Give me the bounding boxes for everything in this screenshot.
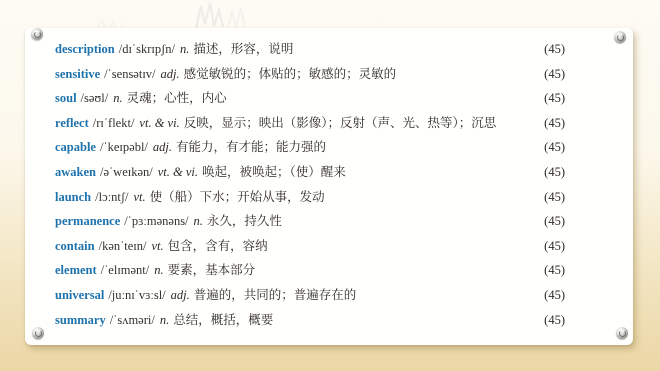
vocab-meaning: 描述，形容，说明 (193, 42, 293, 56)
vocab-entry: universal/juːnɪˈvɜːsl/adj.普遍的，共同的；普遍存在的 (55, 285, 356, 303)
vocab-row: contain/kənˈteɪn/vt.包含，含有，容纳 (45) (55, 236, 565, 261)
vocab-row: reflect/rɪˈflekt/vt. & vi.反映，显示；映出（影像）；反… (55, 113, 565, 138)
vocab-pos: n. (154, 263, 163, 277)
vocab-pos: adj. (161, 67, 180, 81)
vocab-entry: permanence/ˈpɜːmənəns/n.永久，持久性 (55, 211, 282, 229)
vocab-word: description (55, 42, 115, 56)
vocab-word: reflect (55, 116, 89, 130)
vocab-word: permanence (55, 214, 120, 228)
vocab-entry: reflect/rɪˈflekt/vt. & vi.反映，显示；映出（影像）；反… (55, 113, 496, 131)
vocab-meaning: 唤起，被唤起；（使）醒来 (202, 165, 346, 179)
page-ref: (45) (536, 214, 565, 229)
vocab-phonetic: /dɪˈskrɪpʃn/ (119, 42, 175, 56)
vocab-phonetic: /juːnɪˈvɜːsl/ (108, 288, 165, 302)
vocab-pos: adj. (153, 140, 172, 154)
vocab-pos: n. (160, 313, 169, 327)
page-ref: (45) (536, 42, 565, 57)
vocab-phonetic: /səʊl/ (81, 91, 109, 105)
vocab-phonetic: /əˈweɪkən/ (100, 165, 153, 179)
vocab-word: awaken (55, 165, 96, 179)
vocab-meaning: 感觉敏锐的；体贴的；敏感的；灵敏的 (184, 67, 397, 81)
vocab-word: capable (55, 140, 96, 154)
vocab-entry: summary/ˈsʌməri/n.总结，概括，概要 (55, 310, 273, 328)
page-ref: (45) (536, 140, 565, 155)
vocab-word: universal (55, 288, 104, 302)
vocab-phonetic: /ˈelɪmənt/ (101, 263, 150, 277)
vocab-pos: n. (113, 91, 122, 105)
vocab-meaning: 要素，基本部分 (168, 263, 256, 277)
page-ref: (45) (536, 165, 565, 180)
vocab-pos: n. (194, 214, 203, 228)
page-ref: (45) (536, 67, 565, 82)
vocab-row: soul/səʊl/n.灵魂；心性，内心 (45) (55, 88, 565, 113)
vocab-word: contain (55, 239, 95, 253)
vocab-meaning: 反映，显示；映出（影像）；反射（声、光、热等）；沉思 (184, 116, 497, 130)
vocab-pos: vt. (152, 239, 164, 253)
page-ref: (45) (536, 116, 565, 131)
vocab-phonetic: /ˈsensətɪv/ (104, 67, 155, 81)
vocab-row: universal/juːnɪˈvɜːsl/adj.普遍的，共同的；普遍存在的 … (55, 285, 565, 310)
corner-screw-icon (616, 327, 628, 339)
corner-screw-icon (614, 31, 626, 43)
page-ref: (45) (536, 313, 565, 328)
vocab-meaning: 普遍的，共同的；普遍存在的 (194, 288, 357, 302)
vocab-row: permanence/ˈpɜːmənəns/n.永久，持久性 (45) (55, 211, 565, 236)
vocab-entry: sensitive/ˈsensətɪv/adj.感觉敏锐的；体贴的；敏感的；灵敏… (55, 64, 396, 82)
vocab-entry: awaken/əˈweɪkən/vt. & vi.唤起，被唤起；（使）醒来 (55, 162, 346, 180)
vocab-entry: launch/lɔːntʃ/vt.使（船）下水；开始从事，发动 (55, 187, 325, 205)
vocab-row: summary/ˈsʌməri/n.总结，概括，概要 (45) (55, 310, 565, 335)
vocab-phonetic: /ˈpɜːmənəns/ (124, 214, 188, 228)
vocab-row: element/ˈelɪmənt/n.要素，基本部分 (45) (55, 260, 565, 285)
page-ref: (45) (536, 91, 565, 106)
vocab-list: description/dɪˈskrɪpʃn/n.描述，形容，说明 (45) s… (55, 39, 565, 334)
vocab-meaning: 总结，概括，概要 (173, 313, 273, 327)
vocab-word: launch (55, 190, 91, 204)
vocab-entry: soul/səʊl/n.灵魂；心性，内心 (55, 88, 227, 106)
vocab-phonetic: /kənˈteɪn/ (99, 239, 147, 253)
vocab-row: sensitive/ˈsensətɪv/adj.感觉敏锐的；体贴的；敏感的；灵敏… (55, 64, 565, 89)
vocab-entry: capable/ˈkeɪpəbl/adj.有能力，有才能；能力强的 (55, 137, 326, 155)
vocab-entry: contain/kənˈteɪn/vt.包含，含有，容纳 (55, 236, 268, 254)
vocab-pos: vt. & vi. (139, 116, 179, 130)
vocab-pos: adj. (171, 288, 190, 302)
vocab-phonetic: /lɔːntʃ/ (95, 190, 128, 204)
vocab-row: awaken/əˈweɪkən/vt. & vi.唤起，被唤起；（使）醒来 (4… (55, 162, 565, 187)
vocab-row: description/dɪˈskrɪpʃn/n.描述，形容，说明 (45) (55, 39, 565, 64)
page-ref: (45) (536, 190, 565, 205)
page-ref: (45) (536, 263, 565, 278)
vocab-meaning: 使（船）下水；开始从事，发动 (150, 190, 325, 204)
vocab-card: description/dɪˈskrɪpʃn/n.描述，形容，说明 (45) s… (25, 28, 633, 345)
corner-screw-icon (32, 327, 44, 339)
vocab-entry: element/ˈelɪmənt/n.要素，基本部分 (55, 260, 255, 278)
vocab-phonetic: /ˈsʌməri/ (110, 313, 155, 327)
vocab-entry: description/dɪˈskrɪpʃn/n.描述，形容，说明 (55, 39, 293, 57)
vocab-word: summary (55, 313, 106, 327)
vocab-meaning: 永久，持久性 (207, 214, 282, 228)
vocab-phonetic: /rɪˈflekt/ (93, 116, 135, 130)
vocab-word: element (55, 263, 97, 277)
page-ref: (45) (536, 288, 565, 303)
corner-screw-icon (31, 28, 43, 40)
vocab-meaning: 有能力，有才能；能力强的 (176, 140, 326, 154)
vocab-row: launch/lɔːntʃ/vt.使（船）下水；开始从事，发动 (45) (55, 187, 565, 212)
vocab-pos: n. (180, 42, 189, 56)
vocab-meaning: 灵魂；心性，内心 (127, 91, 227, 105)
vocab-word: soul (55, 91, 77, 105)
page-ref: (45) (536, 239, 565, 254)
vocab-pos: vt. (133, 190, 145, 204)
vocab-phonetic: /ˈkeɪpəbl/ (100, 140, 148, 154)
vocab-word: sensitive (55, 67, 100, 81)
vocab-row: capable/ˈkeɪpəbl/adj.有能力，有才能；能力强的 (45) (55, 137, 565, 162)
vocab-pos: vt. & vi. (158, 165, 198, 179)
vocab-meaning: 包含，含有，容纳 (168, 239, 268, 253)
